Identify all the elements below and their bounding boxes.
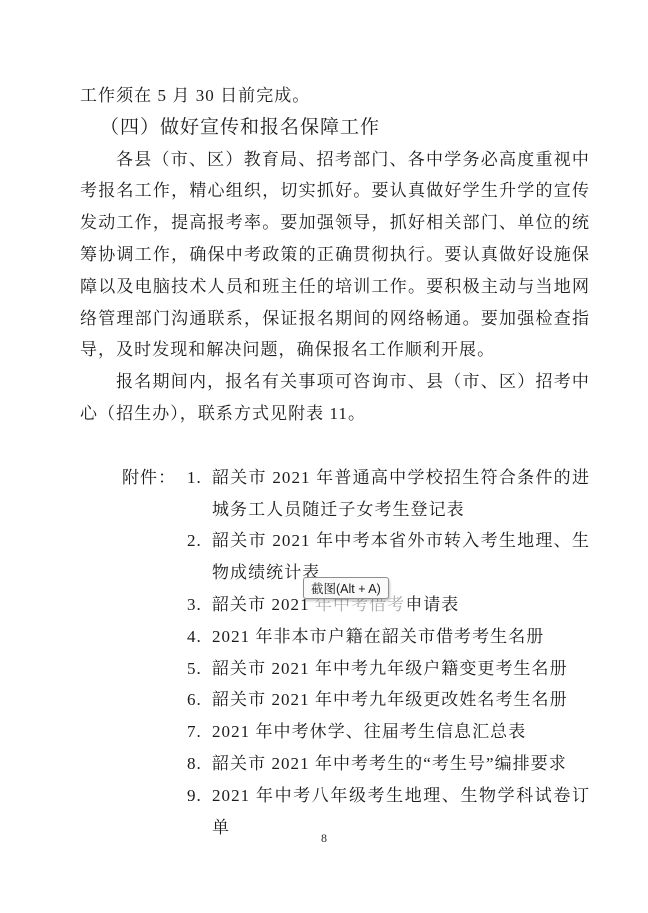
attachment-number: 5. <box>187 653 212 685</box>
document-text-block: 工作须在 5 月 30 日前完成。 （四）做好宣传和报名保障工作 各县（市、区）… <box>80 80 590 843</box>
document-page: 工作须在 5 月 30 日前完成。 （四）做好宣传和报名保障工作 各县（市、区）… <box>0 0 648 913</box>
attachments-label: 附件： <box>122 462 176 494</box>
attachment-number: 4. <box>187 621 212 653</box>
attachment-item: 1.韶关市 2021 年普通高中学校招生符合条件的进城务工人员随迁子女考生登记表 <box>187 462 590 526</box>
attachment-number: 8. <box>187 748 212 780</box>
screenshot-tooltip-label: 截图(Alt + A) <box>311 579 381 597</box>
attachment-number: 7. <box>187 716 212 748</box>
attachment-item: 8.韶关市 2021 年中考考生的“考生号”编排要求 <box>187 748 590 780</box>
attachment-item: 5.韶关市 2021 年中考九年级户籍变更考生名册 <box>187 653 590 685</box>
screenshot-tooltip: 截图(Alt + A) <box>303 577 389 599</box>
paragraph-main: 各县（市、区）教育局、招考部门、各中学务必高度重视中考报名工作，精心组织，切实抓… <box>80 144 590 367</box>
attachment-title: 2021 年中考休学、往届考生信息汇总表 <box>212 716 590 748</box>
attachment-item: 7.2021 年中考休学、往届考生信息汇总表 <box>187 716 590 748</box>
attachment-title: 韶关市 2021 年中考九年级更改姓名考生名册 <box>212 684 590 716</box>
attachment-number: 3. <box>187 589 212 621</box>
attachment-title: 韶关市 2021 年中考本省外市转入考生地理、生物成绩统计表 <box>212 525 590 589</box>
attachments-block: 附件： 1.韶关市 2021 年普通高中学校招生符合条件的进城务工人员随迁子女考… <box>80 462 590 844</box>
page-number: 8 <box>0 831 648 846</box>
attachment-item: 4.2021 年非本市户籍在韶关市借考考生名册 <box>187 621 590 653</box>
section-heading: （四）做好宣传和报名保障工作 <box>80 112 590 144</box>
attachment-number: 6. <box>187 684 212 716</box>
paragraph-closing-line: 工作须在 5 月 30 日前完成。 <box>80 80 590 112</box>
attachment-title: 2021 年非本市户籍在韶关市借考考生名册 <box>212 621 590 653</box>
attachment-number: 2. <box>187 525 212 589</box>
attachment-title: 韶关市 2021 年中考考生的“考生号”编排要求 <box>212 748 590 780</box>
attachment-title: 韶关市 2021 年普通高中学校招生符合条件的进城务工人员随迁子女考生登记表 <box>212 462 590 526</box>
attachment-title: 韶关市 2021 年中考九年级户籍变更考生名册 <box>212 653 590 685</box>
attachment-item: 6.韶关市 2021 年中考九年级更改姓名考生名册 <box>187 684 590 716</box>
attachment-number: 1. <box>187 462 212 526</box>
paragraph-contact: 报名期间内，报名有关事项可咨询市、县（市、区）招考中心（招生办），联系方式见附表… <box>80 366 590 430</box>
